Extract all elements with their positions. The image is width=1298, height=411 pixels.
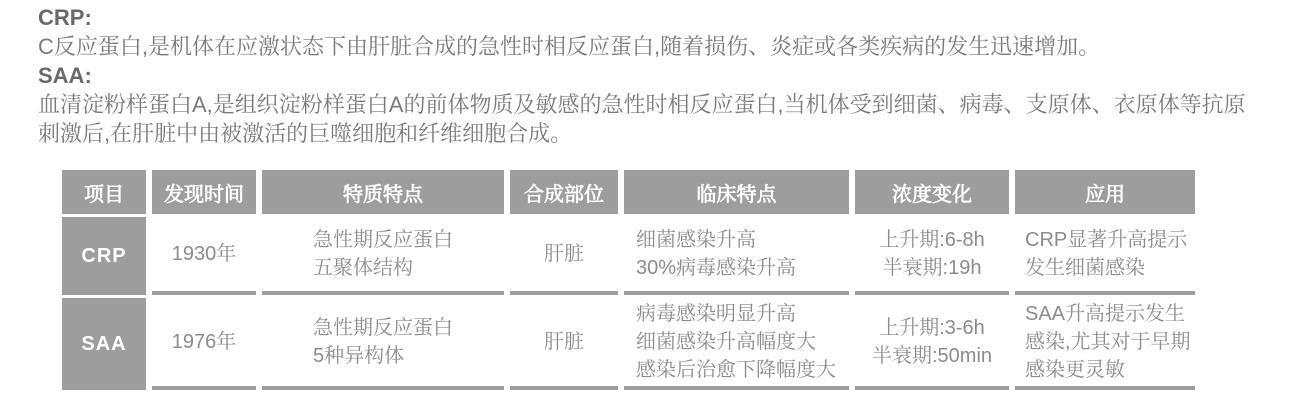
saa-application: SAA升高提示发生 感染,尤其对于早期 感染更灵敏 xyxy=(1025,300,1191,384)
saa-description: 血清淀粉样蛋白A,是组织淀粉样蛋白A的前体物质及敏感的急性时相反应蛋白,当机体受… xyxy=(38,90,1264,148)
crp-application-cell: CRP显著升高提示 发生细菌感染 xyxy=(1015,217,1195,295)
saa-synthesis-site: 肝脏 xyxy=(544,328,584,356)
saa-discovery-time: 1976年 xyxy=(172,328,237,356)
saa-discovery-time-cell: 1976年 xyxy=(152,298,256,390)
crp-concentration-change-cell: 上升期:6-8h 半衰期:19h xyxy=(855,217,1009,295)
header-application: 应用 xyxy=(1015,170,1195,214)
crp-discovery-time: 1930年 xyxy=(172,240,237,268)
header-item: 项目 xyxy=(62,170,146,214)
crp-concentration-change: 上升期:6-8h 半衰期:19h xyxy=(879,226,985,282)
header-discovery-time: 发现时间 xyxy=(152,170,256,214)
header-synthesis-site: 合成部位 xyxy=(510,170,618,214)
saa-concentration-change-cell: 上升期:3-6h 半衰期:50min xyxy=(855,298,1009,390)
crp-heading: CRP: xyxy=(38,3,1264,32)
crp-synthesis-site-cell: 肝脏 xyxy=(510,217,618,295)
header-clinical-features: 临床特点 xyxy=(624,170,849,214)
crp-traits-cell: 急性期反应蛋白 五聚体结构 xyxy=(262,217,504,295)
saa-clinical-features: 病毒感染明显升高 细菌感染升高幅度大 感染后治愈下降幅度大 xyxy=(636,300,836,384)
crp-discovery-time-cell: 1930年 xyxy=(152,217,256,295)
crp-clinical-features: 细菌感染升高 30%病毒感染升高 xyxy=(636,226,796,282)
crp-description: C反应蛋白,是机体在应激状态下由肝脏合成的急性时相反应蛋白,随着损伤、炎症或各类… xyxy=(38,32,1264,61)
saa-synthesis-site-cell: 肝脏 xyxy=(510,298,618,390)
crp-synthesis-site: 肝脏 xyxy=(544,240,584,268)
crp-application: CRP显著升高提示 发生细菌感染 xyxy=(1025,226,1187,282)
header-traits: 特质特点 xyxy=(262,170,504,214)
page: CRP: C反应蛋白,是机体在应激状态下由肝脏合成的急性时相反应蛋白,随着损伤、… xyxy=(0,0,1298,411)
intro-section: CRP: C反应蛋白,是机体在应激状态下由肝脏合成的急性时相反应蛋白,随着损伤、… xyxy=(38,3,1264,148)
crp-traits: 急性期反应蛋白 五聚体结构 xyxy=(313,226,453,282)
saa-application-cell: SAA升高提示发生 感染,尤其对于早期 感染更灵敏 xyxy=(1015,298,1195,390)
saa-traits-cell: 急性期反应蛋白 5种异构体 xyxy=(262,298,504,390)
comparison-table: 项目 发现时间 特质特点 合成部位 临床特点 浓度变化 应用 CRP 1930年… xyxy=(62,170,1195,390)
header-concentration-change: 浓度变化 xyxy=(855,170,1009,214)
saa-traits: 急性期反应蛋白 5种异构体 xyxy=(313,314,453,370)
saa-heading: SAA: xyxy=(38,61,1264,90)
crp-row-label: CRP xyxy=(62,217,146,295)
saa-clinical-features-cell: 病毒感染明显升高 细菌感染升高幅度大 感染后治愈下降幅度大 xyxy=(624,298,849,390)
saa-row-label: SAA xyxy=(62,298,146,390)
crp-clinical-features-cell: 细菌感染升高 30%病毒感染升高 xyxy=(624,217,849,295)
saa-concentration-change: 上升期:3-6h 半衰期:50min xyxy=(872,314,992,370)
